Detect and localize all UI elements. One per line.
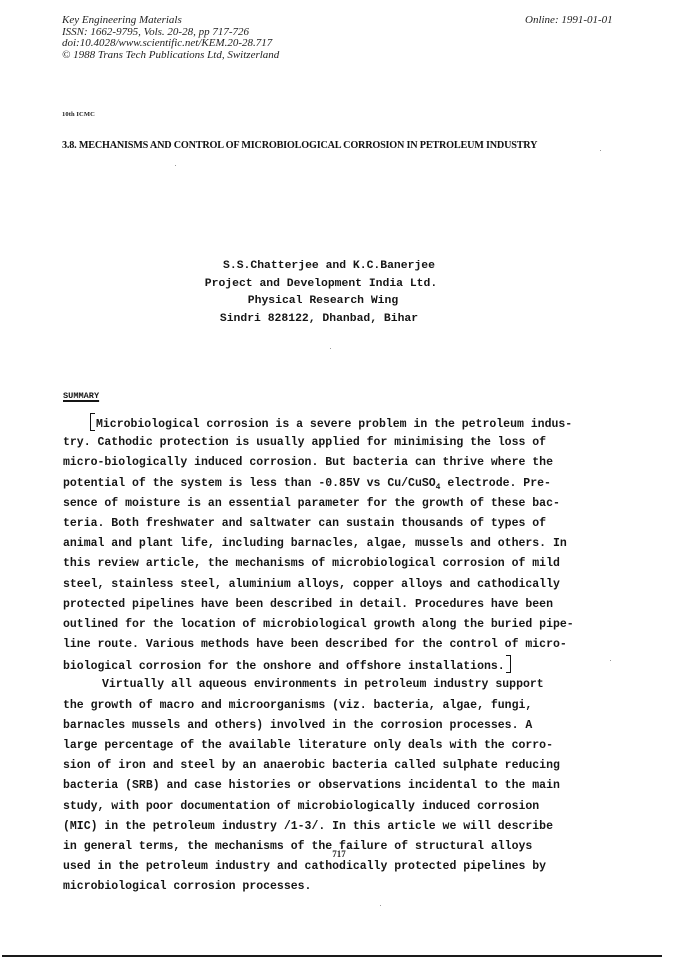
scan-speck: [600, 150, 601, 151]
author-address: Sindri 828122, Dhanbad, Bihar: [0, 311, 678, 329]
copyright-line: © 1988 Trans Tech Publications Ltd, Swit…: [62, 50, 279, 62]
scan-speck: [380, 905, 381, 906]
intro-line: study, with poor documentation of microb…: [63, 797, 574, 817]
footer-rule: [2, 955, 662, 957]
author-organization: Project and Development India Ltd.: [0, 276, 678, 294]
paper-title: 3.8. MECHANISMS AND CONTROL OF MICROBIOL…: [62, 140, 537, 151]
summary-line: biological corrosion for the onshore and…: [63, 655, 574, 675]
intro-line: the growth of macro and microorganisms (…: [63, 696, 574, 716]
body-text: Microbiological corrosion is a severe pr…: [63, 413, 574, 898]
intro-line: sion of iron and steel by an anaerobic b…: [63, 756, 574, 776]
author-department: Physical Research Wing: [0, 293, 678, 311]
author-block: S.S.Chatterjee and K.C.Banerjee Project …: [0, 258, 678, 328]
summary-line: sence of moisture is an essential parame…: [63, 494, 574, 514]
intro-line: used in the petroleum industry and catho…: [63, 857, 574, 877]
summary-line: micro-biologically induced corrosion. Bu…: [63, 453, 574, 473]
summary-line: this review article, the mechanisms of m…: [63, 554, 574, 574]
open-bracket-icon: [90, 413, 95, 431]
summary-line: try. Cathodic protection is usually appl…: [63, 433, 574, 453]
close-bracket-icon: [506, 655, 511, 673]
summary-line: animal and plant life, including barnacl…: [63, 534, 574, 554]
intro-line: microbiological corrosion processes.: [63, 877, 574, 897]
scan-speck: [330, 348, 331, 349]
scan-speck: [610, 660, 611, 661]
journal-name: Key Engineering Materials: [62, 15, 279, 27]
journal-metadata: Key Engineering Materials ISSN: 1662-979…: [62, 15, 279, 61]
summary-line: potential of the system is less than -0.…: [63, 474, 574, 494]
intro-line: (MIC) in the petroleum industry /1-3/. I…: [63, 817, 574, 837]
summary-line: protected pipelines have been described …: [63, 595, 574, 615]
summary-line: outlined for the location of microbiolog…: [63, 615, 574, 635]
summary-heading: SUMMARY: [63, 391, 99, 401]
intro-line: barnacles mussels and others) involved i…: [63, 716, 574, 736]
intro-line: Virtually all aqueous environments in pe…: [63, 675, 574, 695]
page-number: 717: [0, 849, 678, 859]
online-date: Online: 1991-01-01: [525, 15, 613, 27]
intro-line: bacteria (SRB) and case histories or obs…: [63, 776, 574, 796]
summary-line: steel, stainless steel, aluminium alloys…: [63, 575, 574, 595]
conference-label: 10th ICMC: [62, 111, 95, 118]
intro-line: large percentage of the available litera…: [63, 736, 574, 756]
summary-line: line route. Various methods have been de…: [63, 635, 574, 655]
author-names: S.S.Chatterjee and K.C.Banerjee: [0, 258, 678, 276]
doi-line[interactable]: doi:10.4028/www.scientific.net/KEM.20-28…: [62, 38, 279, 50]
summary-line: teria. Both freshwater and saltwater can…: [63, 514, 574, 534]
summary-line: Microbiological corrosion is a severe pr…: [63, 413, 574, 433]
scan-speck: [175, 165, 176, 166]
